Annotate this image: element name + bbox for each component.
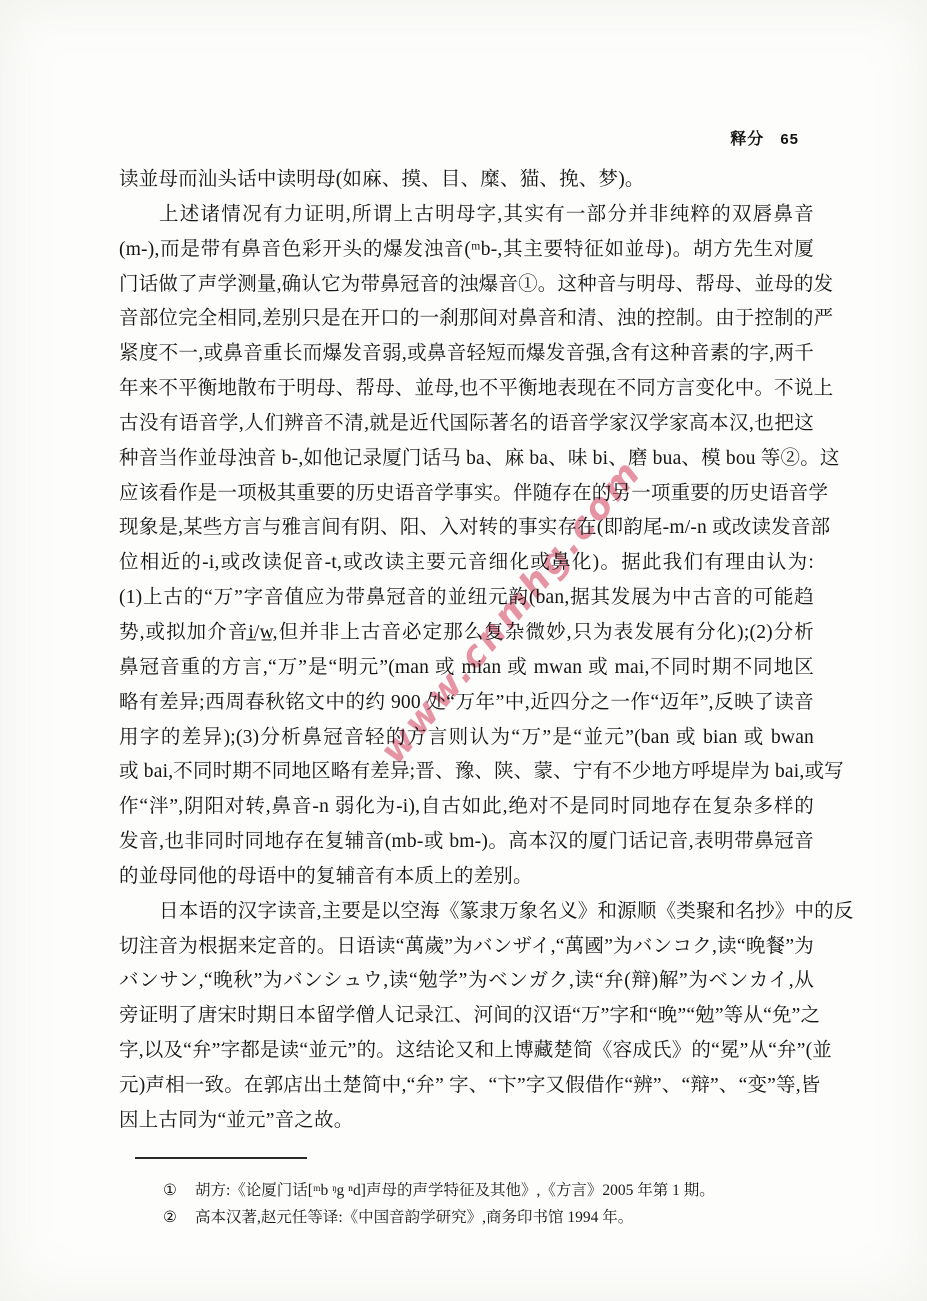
text-line: 切注音为根据来定音的。日语读“萬歲”为バンザイ,“萬國”为バンコク,读“晚餐”为	[119, 930, 814, 965]
footnote-text: 胡方:《论厦门话[ᵐb ᵑg ⁿd]声母的声学特征及其他》,《方言》2005 年…	[195, 1178, 715, 1205]
text-line: 旁证明了唐宋时期日本留学僧人记录江、河间的汉语“万”字和“晚”“勉”等从“免”之	[119, 999, 814, 1034]
scanned-page: 释分 65 www.cnmhg.com 读並母而汕头话中读明母(如麻、摸、目、糜…	[0, 0, 927, 1301]
text-line: 紧度不一,或鼻音重长而爆发音弱,或鼻音轻短而爆发音强,含有这种音素的字,两千	[119, 337, 814, 372]
footnote-item: ①胡方:《论厦门话[ᵐb ᵑg ⁿd]声母的声学特征及其他》,《方言》2005 …	[163, 1178, 823, 1205]
footnote-marker: ②	[163, 1205, 195, 1232]
text-line: 年来不平衡地散布于明母、帮母、並母,也不平衡地表现在不同方言变化中。不说上	[119, 372, 814, 407]
text-line: バンサン,“晚秋”为バンシュウ,读“勉学”为ベンガク,读“弁(辩)解”为ベンカイ…	[119, 964, 814, 999]
text-line: 读並母而汕头话中读明母(如麻、摸、目、糜、猫、挽、梦)。	[119, 163, 814, 198]
text-line: 日本语的汉字读音,主要是以空海《篆隶万象名义》和源顺《类聚和名抄》中的反	[119, 895, 814, 930]
footnote-separator	[135, 1157, 307, 1159]
text-line: 鼻冠音重的方言,“万”是“明元”(man 或 mian 或 mwan 或 mai…	[119, 651, 814, 686]
running-head-title: 释分	[730, 126, 764, 149]
text-line: 门话做了声学测量,确认它为带鼻冠音的浊爆音①。这种音与明母、帮母、並母的发	[119, 268, 814, 303]
footnote-item: ②高本汉著,赵元任等译:《中国音韵学研究》,商务印书馆 1994 年。	[163, 1205, 823, 1232]
text-line: 上述诸情况有力证明,所谓上古明母字,其实有一部分并非纯粹的双唇鼻音	[119, 198, 814, 233]
text-line: 位相近的-i,或改读促音-t,或改读主要元音细化或鼻化)。据此我们有理由认为:	[119, 546, 814, 581]
article-body: 读並母而汕头话中读明母(如麻、摸、目、糜、猫、挽、梦)。上述诸情况有力证明,所谓…	[119, 163, 814, 1139]
text-line: 发音,也非同时同地存在复辅音(mb-或 bm-)。高本汉的厦门话记音,表明带鼻冠…	[119, 825, 814, 860]
text-line: 音部位完全相同,差别只是在开口的一刹那间对鼻音和清、浊的控制。由于控制的严	[119, 302, 814, 337]
text-line: 现象是,某些方言与雅言间有阴、阳、入对转的事实存在(即韵尾-m/-n 或改读发音…	[119, 511, 814, 546]
text-line: 元)声相一致。在郭店出土楚简中,“弁” 字、“卞”字又假借作“辨”、“辩”、“变…	[119, 1069, 814, 1104]
text-line: 的並母同他的母语中的复辅音有本质上的差别。	[119, 860, 814, 895]
footnote-marker: ①	[163, 1178, 195, 1205]
text-line: 种音当作並母浊音 b-,如他记录厦门话马 ba、麻 ba、味 bi、磨 bua、…	[119, 442, 814, 477]
text-line: 应该看作是一项极其重要的历史语音学事实。伴随存在的另一项重要的历史语音学	[119, 477, 814, 512]
text-line: (1)上古的“万”字音值应为带鼻冠音的並纽元韵(ban,据其发展为中古音的可能趋	[119, 581, 814, 616]
text-line: 或 bai,不同时期不同地区略有差异;晋、豫、陕、蒙、宁有不少地方呼堤岸为 ba…	[119, 755, 814, 790]
text-line: 略有差异;西周春秋铭文中的约 900 处“万年”中,近四分之一作“迈年”,反映了…	[119, 686, 814, 721]
text-line: 势,或拟加介音i̲/w̲,但并非上古音必定那么复杂微妙,只为表发展有分化);(2…	[119, 616, 814, 651]
text-line: 作“泮”,阴阳对转,鼻音-n 弱化为-i),自古如此,绝对不是同时同地存在复杂多…	[119, 790, 814, 825]
text-line: 用字的差异);(3)分析鼻冠音轻的方言则认为“万”是“並元”(ban 或 bia…	[119, 721, 814, 756]
text-line: (m-),而是带有鼻音色彩开头的爆发浊音(ᵐb-,其主要特征如並母)。胡方先生对…	[119, 233, 814, 268]
footnote-text: 高本汉著,赵元任等译:《中国音韵学研究》,商务印书馆 1994 年。	[195, 1205, 633, 1232]
text-line: 古没有语音学,人们辨音不清,就是近代国际著名的语音学家汉学家高本汉,也把这	[119, 407, 814, 442]
text-line: 字,以及“弁”字都是读“並元”的。这结论又和上博藏楚简《容成氏》的“冕”从“弁”…	[119, 1034, 814, 1069]
running-head: 释分 65	[730, 126, 799, 149]
footnotes: ①胡方:《论厦门话[ᵐb ᵑg ⁿd]声母的声学特征及其他》,《方言》2005 …	[163, 1178, 823, 1231]
text-line: 因上古同为“並元”音之故。	[119, 1104, 814, 1139]
page-number: 65	[780, 131, 799, 148]
